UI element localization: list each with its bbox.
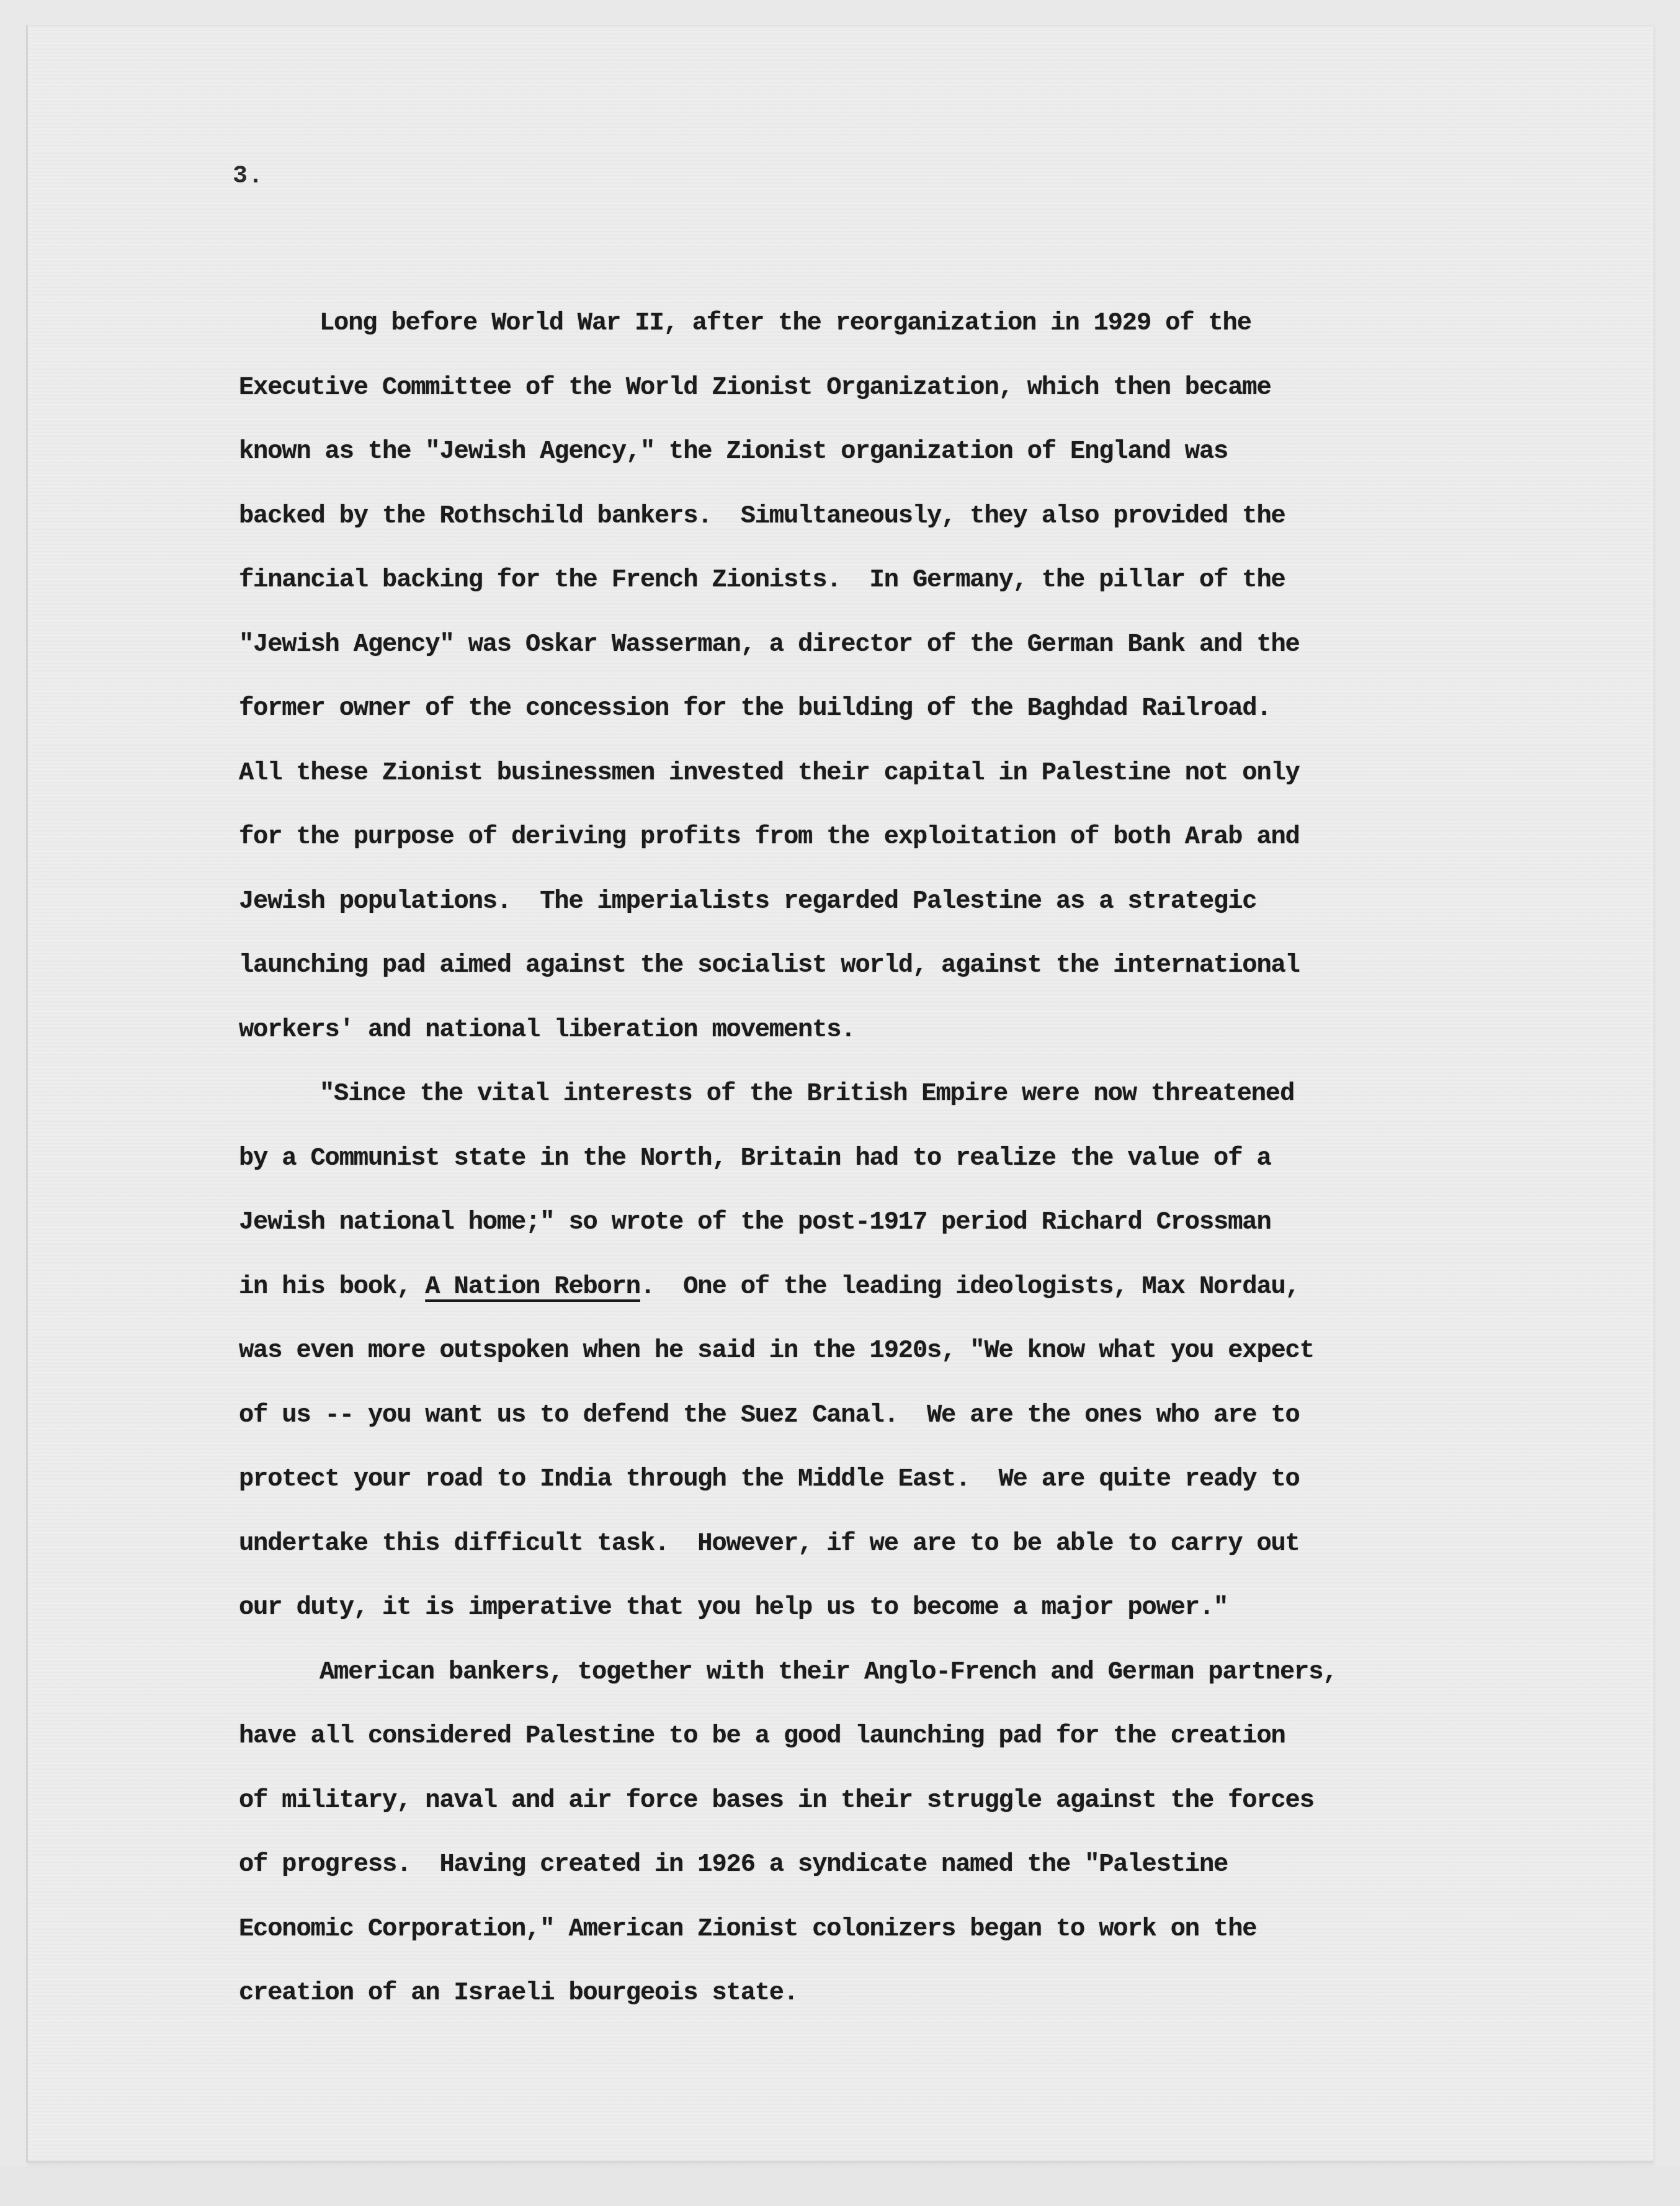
paragraph-1-line-5: financial backing for the French Zionist… xyxy=(239,549,1480,613)
paragraph-3-line-4: of progress. Having created in 1926 a sy… xyxy=(239,1833,1480,1898)
paragraph-2-line-9: our duty, it is imperative that you help… xyxy=(239,1576,1480,1641)
paragraph-2-line-8: undertake this difficult task. However, … xyxy=(239,1512,1480,1577)
paragraph-2-line-5: was even more outspoken when he said in … xyxy=(239,1319,1480,1384)
paragraph-1-line-12: workers' and national liberation movemen… xyxy=(239,998,1480,1063)
paragraph-1-line-10: Jewish populations. The imperialists reg… xyxy=(239,870,1480,935)
paragraph-3-line-5: Economic Corporation," American Zionist … xyxy=(239,1898,1480,1962)
line-text-after-title: . One of the leading ideologists, Max No… xyxy=(640,1273,1300,1301)
under-sheet xyxy=(0,2166,1680,2206)
paragraph-1-line-1: Long before World War II, after the reor… xyxy=(239,292,1480,356)
paragraph-2-line-1: "Since the vital interests of the Britis… xyxy=(239,1062,1480,1127)
paragraph-1-line-3: known as the "Jewish Agency," the Zionis… xyxy=(239,420,1480,485)
paragraph-1-line-2: Executive Committee of the World Zionist… xyxy=(239,356,1480,421)
paragraph-2-line-7: protect your road to India through the M… xyxy=(239,1448,1480,1512)
paragraph-1-line-11: launching pad aimed against the socialis… xyxy=(239,934,1480,998)
paragraph-3-line-1: American bankers, together with their An… xyxy=(239,1641,1480,1705)
page-number: 3. xyxy=(233,163,264,191)
paragraph-1-line-6: "Jewish Agency" was Oskar Wasserman, a d… xyxy=(239,613,1480,678)
paragraph-2-line-4: in his book, A Nation Reborn. One of the… xyxy=(239,1255,1480,1320)
paragraph-3-line-2: have all considered Palestine to be a go… xyxy=(239,1705,1480,1769)
paragraph-1-line-4: backed by the Rothschild bankers. Simult… xyxy=(239,485,1480,549)
paragraph-3-line-6: creation of an Israeli bourgeois state. xyxy=(239,1962,1480,2026)
book-title: A Nation Reborn xyxy=(425,1273,640,1301)
paragraph-1-line-9: for the purpose of deriving profits from… xyxy=(239,805,1480,870)
paragraph-3-line-3: of military, naval and air force bases i… xyxy=(239,1769,1480,1834)
paragraph-1-line-7: former owner of the concession for the b… xyxy=(239,677,1480,742)
line-text-before-title: in his book, xyxy=(239,1273,425,1301)
paragraph-1-line-8: All these Zionist businessmen invested t… xyxy=(239,742,1480,806)
paragraph-2-line-2: by a Communist state in the North, Brita… xyxy=(239,1127,1480,1191)
paragraph-2-line-6: of us -- you want us to defend the Suez … xyxy=(239,1384,1480,1448)
paragraph-2-line-3: Jewish national home;" so wrote of the p… xyxy=(239,1191,1480,1255)
document-body: Long before World War II, after the reor… xyxy=(239,292,1480,2026)
